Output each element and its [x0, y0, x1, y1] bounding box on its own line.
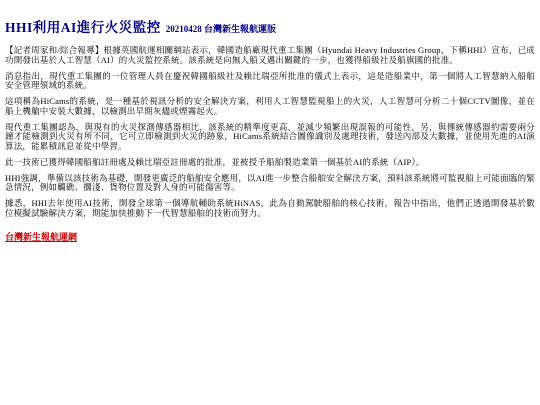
article-page: HHI利用AI進行火災監控20210428 台灣新生報航運版 【記者周家和/綜合…: [0, 0, 540, 245]
article-paragraph: 據悉，HHI去年使用AI技術，開發全球第一個導航輔助系統HiNAS，此為自動駕駛…: [5, 199, 535, 218]
article-paragraph: 現代重工集團認為，與現有的火災探測傳感器相比，該系統的精準度更高，並減少頻繁出現…: [5, 123, 535, 152]
article-paragraph: 消息指出，現代重工集團的一位管理人員在慶祝韓國船級社及賴比瑞亞所批准的儀式上表示…: [5, 72, 535, 91]
article-paragraph: 此一技術已獲得韓國船舶註冊處及賴比瑞亞註冊處的批准，並被授予船舶製造業第一個基於…: [5, 158, 535, 168]
article-paragraph: 這項稱為HiCams的系統，是一種基於視訊分析的安全解決方案，利用人工智慧監視船…: [5, 97, 535, 116]
article-paragraph: HHI強調，準備以該技術為基礎，開發更廣泛的船舶安全應用，以AI進一步整合船舶安…: [5, 174, 535, 193]
article-body: 【記者周家和/綜合報導】根據英國航運相關網站表示，韓國造船廠現代重工集團（Hyu…: [5, 46, 535, 218]
article-date-source: 20210428 台灣新生報航運版: [166, 24, 276, 34]
article-title: HHI利用AI進行火災監控: [5, 20, 161, 35]
source-link[interactable]: 台灣新生報航運網: [5, 232, 77, 242]
article-paragraph: 【記者周家和/綜合報導】根據英國航運相關網站表示，韓國造船廠現代重工集團（Hyu…: [5, 46, 535, 65]
footer: 台灣新生報航運網: [5, 227, 535, 245]
headline: HHI利用AI進行火災監控20210428 台灣新生報航運版: [5, 4, 535, 39]
